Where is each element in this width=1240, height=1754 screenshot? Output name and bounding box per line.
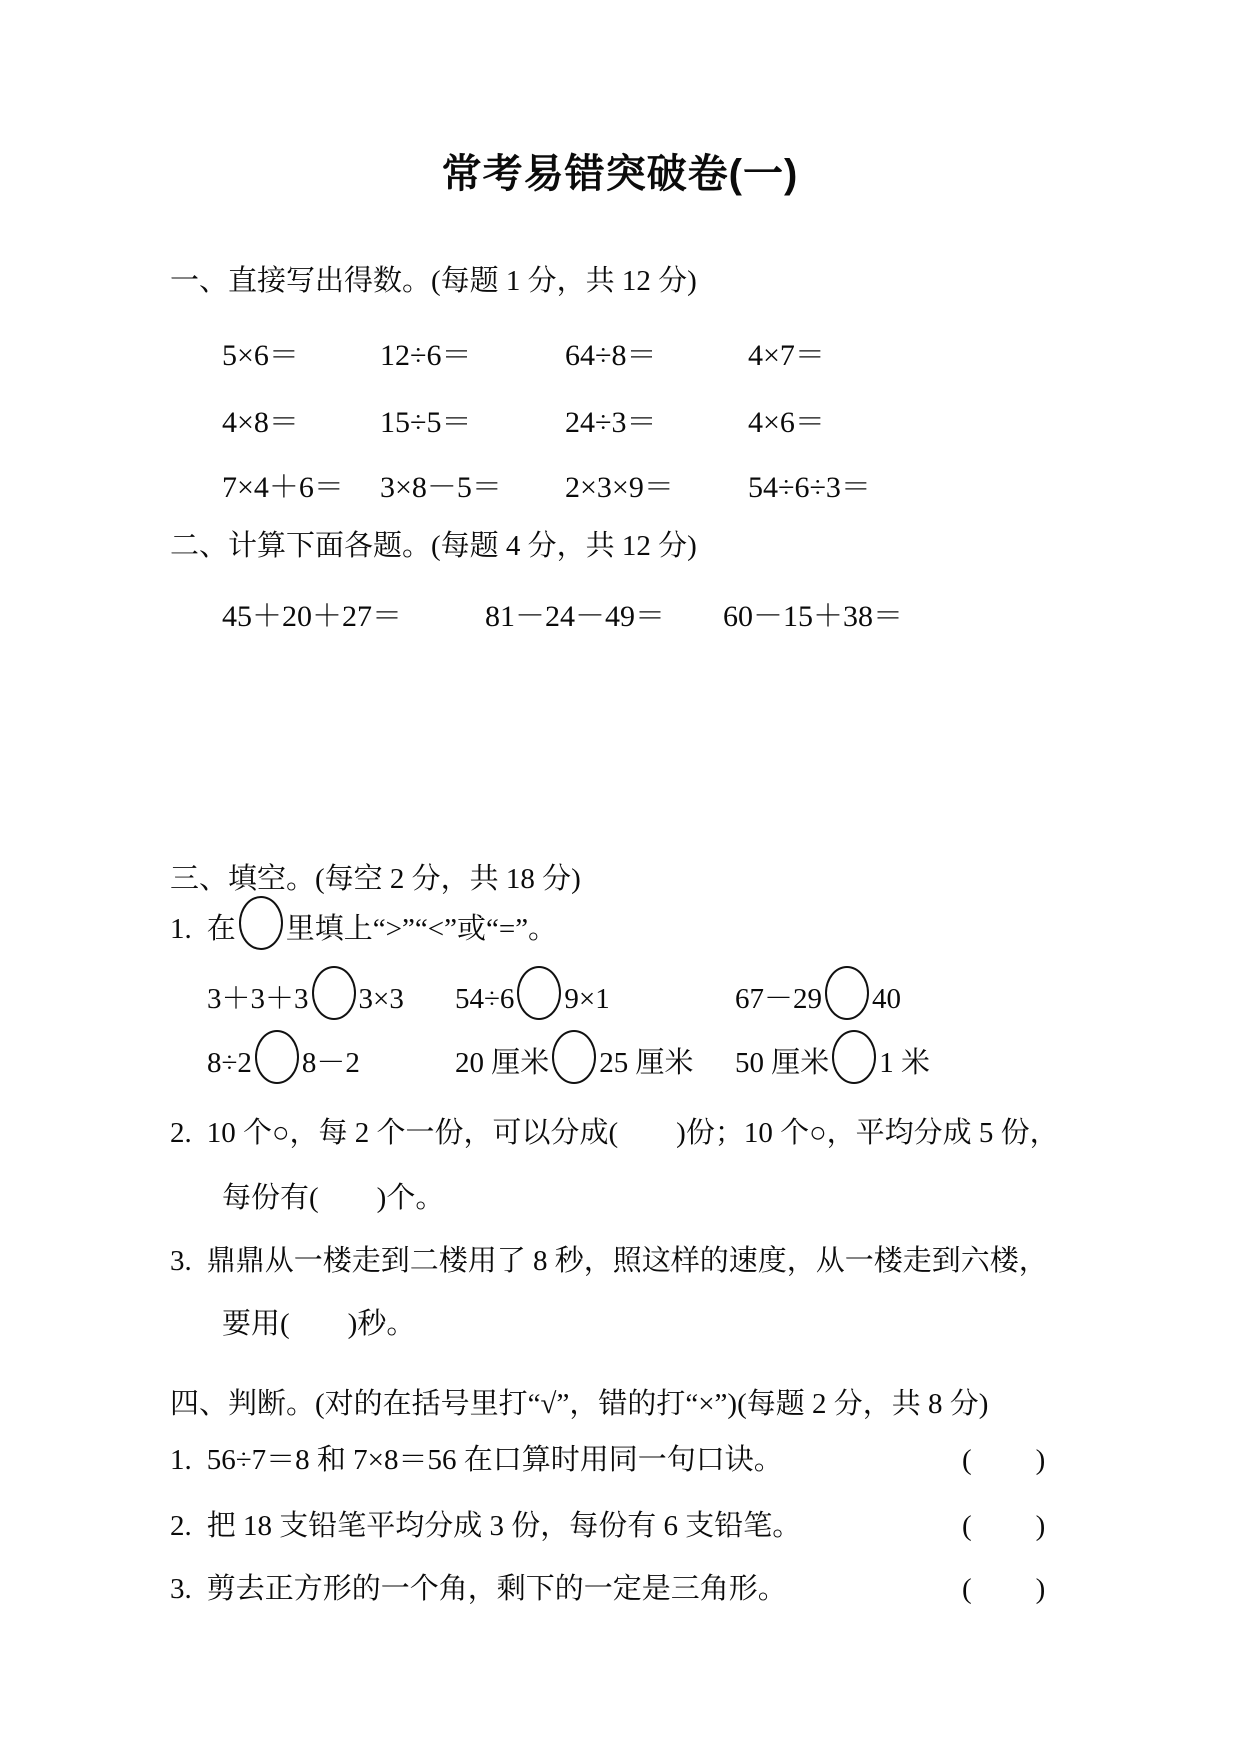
comparison-item: 67－2940 [735, 966, 901, 1020]
answer-circle [255, 1030, 299, 1084]
item-text: 剪去正方形的一个角，剩下的一定是三角形。 [207, 1573, 787, 1605]
worksheet-page: 常考易错突破卷(一) 一、直接写出得数。(每题 1 分，共 12 分) 5×6＝… [0, 0, 1240, 1754]
right-expression: 9×1 [564, 983, 609, 1015]
item-number: 2. [170, 1510, 192, 1543]
section4-heading: 四、判断。(对的在括号里打“√”，错的打“×”)(每题 2 分，共 8 分) [170, 1381, 988, 1422]
comparison-row2: 8÷28－2 20 厘米25 厘米 50 厘米1 米 [0, 1030, 1240, 1094]
item-text-prefix: 在 [207, 913, 236, 945]
expression: 24÷3＝ [565, 397, 656, 441]
section1-row1: 5×6＝ 12÷6＝ 64÷8＝ 4×7＝ [0, 330, 1240, 374]
expression: 60－15＋38＝ [723, 591, 903, 635]
left-expression: 54÷6 [455, 983, 514, 1015]
item-text: 10 个○，每 2 个一份，可以分成( )份；10 个○，平均分成 5 份， [207, 1117, 1059, 1149]
answer-circle [312, 966, 356, 1020]
section4-item1: 1.56÷7＝8 和 7×8＝56 在口算时用同一句口诀。 ( ) [170, 1437, 1130, 1478]
expression: 12÷6＝ [380, 330, 471, 374]
expression: 4×8＝ [222, 397, 299, 441]
section3-item1: 1.在里填上“>”“<”或“=”。 [170, 896, 557, 950]
section4-item2: 2.把 18 支铅笔平均分成 3 份，每份有 6 支铅笔。 ( ) [170, 1503, 1130, 1544]
expression: 45＋20＋27＝ [222, 591, 402, 635]
left-expression: 20 厘米 [455, 1047, 549, 1079]
item-number: 1. [170, 913, 192, 946]
left-expression: 8÷2 [207, 1047, 252, 1079]
section4-item3: 3.剪去正方形的一个角，剩下的一定是三角形。 ( ) [170, 1566, 1130, 1607]
section1-row2: 4×8＝ 15÷5＝ 24÷3＝ 4×6＝ [0, 397, 1240, 441]
right-expression: 25 厘米 [599, 1047, 693, 1079]
right-expression: 3×3 [359, 983, 404, 1015]
comparison-item: 20 厘米25 厘米 [455, 1030, 694, 1084]
answer-circle [825, 966, 869, 1020]
expression: 7×4＋6＝ [222, 462, 344, 506]
expression: 54÷6÷3＝ [748, 462, 871, 506]
comparison-item: 50 厘米1 米 [735, 1030, 930, 1084]
item-text: 鼎鼎从一楼走到二楼用了 8 秒，照这样的速度，从一楼走到六楼， [207, 1245, 1048, 1277]
item-text-suffix: 里填上“>”“<”或“=”。 [286, 913, 557, 945]
section3-item3-line2: 要用( )秒。 [222, 1301, 415, 1342]
answer-parentheses: ( ) [962, 1437, 1047, 1478]
page-title: 常考易错突破卷(一) [0, 142, 1240, 199]
section2-heading: 二、计算下面各题。(每题 4 分，共 12 分) [170, 523, 697, 564]
left-expression: 50 厘米 [735, 1047, 829, 1079]
section3-item3-line1: 3.鼎鼎从一楼走到二楼用了 8 秒，照这样的速度，从一楼走到六楼， [170, 1238, 1048, 1279]
answer-circle [239, 896, 283, 950]
expression: 3×8－5＝ [380, 462, 502, 506]
left-expression: 3＋3＋3 [207, 983, 309, 1015]
answer-parentheses: ( ) [962, 1503, 1047, 1544]
section2-row: 45＋20＋27＝ 81－24－49＝ 60－15＋38＝ [0, 591, 1240, 635]
expression: 4×6＝ [748, 397, 825, 441]
item-text: 56÷7＝8 和 7×8＝56 在口算时用同一句口诀。 [207, 1444, 783, 1476]
answer-circle [832, 1030, 876, 1084]
section1-heading: 一、直接写出得数。(每题 1 分，共 12 分) [170, 258, 697, 299]
item-text: 每份有( )个。 [222, 1182, 444, 1214]
comparison-item: 54÷69×1 [455, 966, 610, 1020]
expression: 5×6＝ [222, 330, 299, 374]
item-number: 2. [170, 1117, 192, 1150]
expression: 2×3×9＝ [565, 462, 674, 506]
item-text: 要用( )秒。 [222, 1308, 415, 1340]
comparison-item: 3＋3＋33×3 [207, 966, 404, 1020]
item-number: 3. [170, 1573, 192, 1606]
item-number: 3. [170, 1245, 192, 1278]
right-expression: 1 米 [879, 1047, 930, 1079]
right-expression: 8－2 [302, 1047, 360, 1079]
left-expression: 67－29 [735, 983, 822, 1015]
section3-item2-line1: 2.10 个○，每 2 个一份，可以分成( )份；10 个○，平均分成 5 份， [170, 1110, 1059, 1151]
comparison-row1: 3＋3＋33×3 54÷69×1 67－2940 [0, 966, 1240, 1030]
item-number: 1. [170, 1444, 192, 1477]
expression: 4×7＝ [748, 330, 825, 374]
section3-item2-line2: 每份有( )个。 [222, 1175, 444, 1216]
answer-parentheses: ( ) [962, 1566, 1047, 1607]
section1-row3: 7×4＋6＝ 3×8－5＝ 2×3×9＝ 54÷6÷3＝ [0, 462, 1240, 506]
comparison-item: 8÷28－2 [207, 1030, 360, 1084]
expression: 15÷5＝ [380, 397, 471, 441]
right-expression: 40 [872, 983, 901, 1015]
expression: 64÷8＝ [565, 330, 656, 374]
section3-heading: 三、填空。(每空 2 分，共 18 分) [170, 856, 581, 897]
answer-circle [517, 966, 561, 1020]
expression: 81－24－49＝ [485, 591, 665, 635]
item-text: 把 18 支铅笔平均分成 3 份，每份有 6 支铅笔。 [207, 1510, 802, 1542]
answer-circle [552, 1030, 596, 1084]
